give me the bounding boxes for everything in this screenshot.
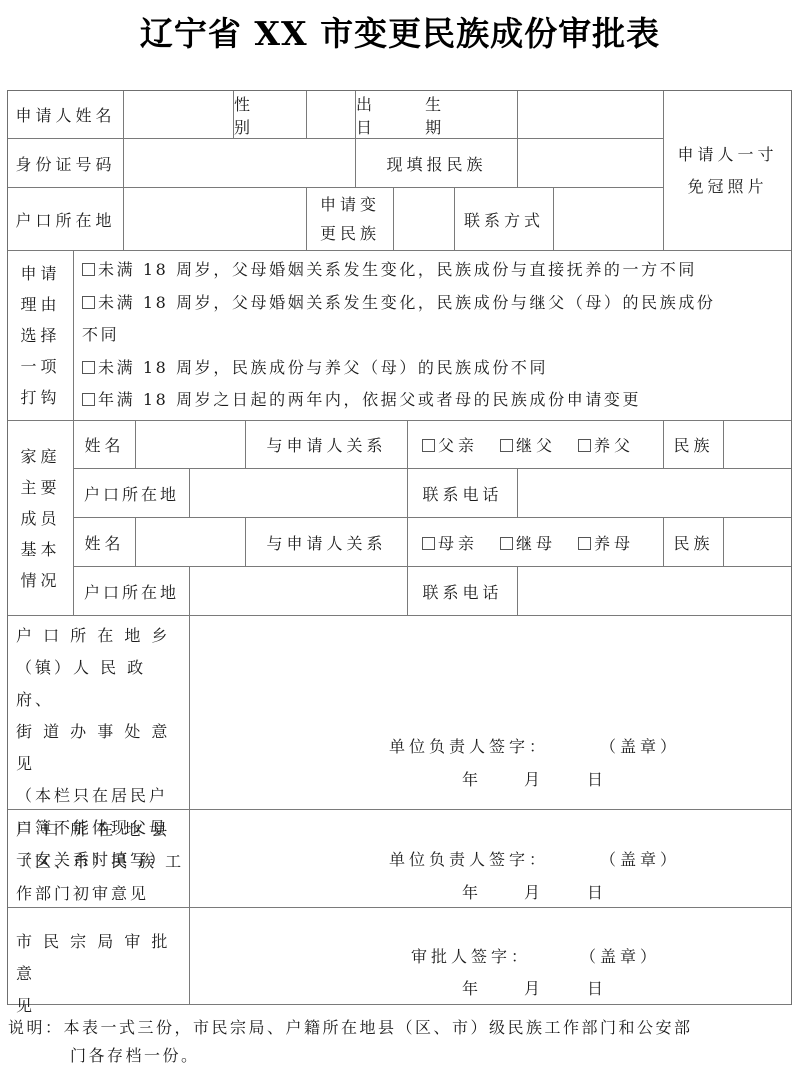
contact-label: 联系方式 — [455, 188, 554, 251]
township-opinion-field[interactable] — [190, 616, 791, 810]
option-label: 养父 — [594, 436, 634, 455]
option-father[interactable]: 父亲 — [422, 433, 478, 456]
option-adoptive-father[interactable]: 养父 — [578, 433, 634, 456]
mother-ethnic-field[interactable] — [724, 518, 791, 567]
reason-option-text: 未满 18 周岁，民族成份与养父（母）的民族成份不同 — [98, 358, 548, 377]
family-label: 家庭 主要 成员 基本 情况 — [8, 421, 74, 616]
family-label-line: 主要 — [20, 472, 60, 503]
father-phone-field[interactable] — [518, 469, 791, 518]
approver-date-month: 月 — [524, 976, 544, 999]
checkbox-icon[interactable] — [500, 537, 513, 550]
township-date-year: 年 — [462, 767, 482, 790]
reason-option-text: 年满 18 周岁之日起的两年内，依据父或者母的民族成份申请变更 — [98, 390, 641, 409]
form-note: 说明：本表一式三份，市民宗局、户籍所在地县（区、市）级民族工作部门和公安部 门各… — [8, 1014, 693, 1070]
id-number-field[interactable] — [124, 139, 356, 188]
reason-label-line: 打钩 — [20, 382, 60, 413]
applicant-name-label: 申请人姓名 — [8, 91, 124, 139]
mother-phone-field[interactable] — [518, 567, 791, 616]
approver-date-year: 年 — [462, 976, 482, 999]
id-number-label: 身份证号码 — [8, 139, 124, 188]
gender-field[interactable] — [307, 91, 356, 139]
gender-label-text: 性 别 — [234, 92, 306, 138]
reason-label-line: 理由 — [20, 289, 60, 320]
father-hukou-field[interactable] — [190, 469, 408, 518]
change-ethnic-label-line2: 更民族 — [320, 219, 380, 248]
reason-label-line: 一项 — [20, 351, 60, 382]
mother-relation-options: 母亲 继母 养母 — [408, 518, 664, 567]
gender-label: 性 别 — [234, 91, 307, 139]
option-label: 养母 — [594, 534, 634, 553]
father-name-label: 姓名 — [74, 421, 136, 469]
father-name-field[interactable] — [136, 421, 246, 469]
reason-option-3[interactable]: 未满 18 周岁，民族成份与养父（母）的民族成份不同 — [82, 352, 548, 385]
family-label-line: 基本 — [20, 534, 60, 565]
father-phone-label: 联系电话 — [408, 469, 518, 518]
father-ethnic-field[interactable] — [724, 421, 791, 469]
label-line: （本栏只在居民户 — [16, 780, 168, 812]
reason-option-text: 未满 18 周岁，父母婚姻关系发生变化，民族成份与直接抚养的一方不同 — [98, 260, 697, 279]
reason-option-1[interactable]: 未满 18 周岁，父母婚姻关系发生变化，民族成份与直接抚养的一方不同 — [82, 254, 697, 287]
option-label: 继父 — [516, 436, 556, 455]
mother-hukou-label: 户口所在地 — [74, 567, 190, 616]
checkbox-icon[interactable] — [500, 439, 513, 452]
mother-name-label: 姓名 — [74, 518, 136, 567]
father-relation-label: 与申请人关系 — [246, 421, 408, 469]
approver-seal-label: （盖章） — [580, 944, 660, 967]
reason-label-line: 选择 — [20, 320, 60, 351]
option-mother[interactable]: 母亲 — [422, 531, 478, 554]
change-ethnic-label: 申请变 更民族 — [307, 188, 394, 251]
county-date-day: 日 — [587, 880, 607, 903]
checkbox-icon[interactable] — [82, 263, 95, 276]
checkbox-icon[interactable] — [82, 296, 95, 309]
photo-label-line1: 申请人一寸 — [677, 139, 777, 171]
township-opinion-label: 户 口 所 在 地 乡 （镇）人 民 政 府、 街 道 办 事 处 意 见 （本… — [8, 616, 190, 810]
township-date-month: 月 — [524, 767, 544, 790]
reason-option-4[interactable]: 年满 18 周岁之日起的两年内，依据父或者母的民族成份申请变更 — [82, 384, 641, 417]
option-label: 继母 — [516, 534, 556, 553]
label-line: 市 民 宗 局 审 批 意 — [16, 926, 189, 990]
note-line-2: 门各存档一份。 — [8, 1042, 693, 1070]
county-seal-label: （盖章） — [600, 847, 680, 870]
mother-name-field[interactable] — [136, 518, 246, 567]
birth-date-label-text: 出 生 日 期 — [356, 92, 517, 138]
label-line: （区、市）民 族 工 — [16, 846, 184, 878]
checkbox-icon[interactable] — [82, 361, 95, 374]
label-line: （镇）人 民 政 府、 — [16, 652, 189, 716]
page-title: 辽宁省 XX 市变更民族成份审批表 — [0, 8, 800, 55]
checkbox-icon[interactable] — [422, 439, 435, 452]
change-ethnic-field[interactable] — [394, 188, 455, 251]
reason-option-2[interactable]: 未满 18 周岁，父母婚姻关系发生变化，民族成份与继父（母）的民族成份 — [82, 287, 716, 320]
label-line: 街 道 办 事 处 意 见 — [16, 716, 189, 780]
label-line: 户 口 所 在 地 乡 — [16, 620, 170, 652]
county-signature-label: 单位负责人签字： — [389, 847, 549, 870]
approver-signature-label: 审批人签字： — [411, 944, 531, 967]
reason-label: 申请 理由 选择 一项 打钩 — [8, 251, 74, 421]
applicant-name-field[interactable] — [124, 91, 234, 139]
note-line-1: 说明：本表一式三份，市民宗局、户籍所在地县（区、市）级民族工作部门和公安部 — [8, 1014, 693, 1042]
option-stepmother[interactable]: 继母 — [500, 531, 556, 554]
city-bureau-opinion-label: 市 民 宗 局 审 批 意 见 — [8, 908, 190, 1005]
father-ethnic-label: 民族 — [664, 421, 724, 469]
current-ethnic-field[interactable] — [518, 139, 664, 188]
county-opinion-label: 户 口 所 在 地 县 （区、市）民 族 工 作部门初审意见 — [8, 810, 190, 908]
option-label: 父亲 — [438, 436, 478, 455]
label-line: 户 口 所 在 地 县 — [16, 814, 170, 846]
contact-field[interactable] — [554, 188, 664, 251]
township-signature-label: 单位负责人签字： — [389, 734, 549, 757]
option-stepfather[interactable]: 继父 — [500, 433, 556, 456]
family-label-line: 情况 — [20, 565, 60, 596]
mother-hukou-field[interactable] — [190, 567, 408, 616]
family-label-line: 家庭 — [20, 441, 60, 472]
township-date-day: 日 — [587, 767, 607, 790]
birth-date-field[interactable] — [518, 91, 664, 139]
hukou-field[interactable] — [124, 188, 307, 251]
checkbox-icon[interactable] — [82, 393, 95, 406]
label-line: 作部门初审意见 — [16, 878, 149, 910]
checkbox-icon[interactable] — [578, 439, 591, 452]
father-hukou-label: 户口所在地 — [74, 469, 190, 518]
option-adoptive-mother[interactable]: 养母 — [578, 531, 634, 554]
reason-option-2-continuation: 不同 — [82, 319, 119, 352]
father-relation-options: 父亲 继父 养父 — [408, 421, 664, 469]
family-label-line: 成员 — [20, 503, 60, 534]
photo-box[interactable]: 申请人一寸 免冠照片 — [664, 91, 791, 251]
current-ethnic-label: 现填报民族 — [356, 139, 518, 188]
township-seal-label: （盖章） — [600, 734, 680, 757]
mother-phone-label: 联系电话 — [408, 567, 518, 616]
hukou-label: 户口所在地 — [8, 188, 124, 251]
mother-relation-label: 与申请人关系 — [246, 518, 408, 567]
county-date-year: 年 — [462, 880, 482, 903]
birth-date-label: 出 生 日 期 — [356, 91, 518, 139]
mother-ethnic-label: 民族 — [664, 518, 724, 567]
approver-date-day: 日 — [587, 976, 607, 999]
county-date-month: 月 — [524, 880, 544, 903]
reason-options: 未满 18 周岁，父母婚姻关系发生变化，民族成份与直接抚养的一方不同 未满 18… — [74, 251, 791, 421]
change-ethnic-label-line1: 申请变 — [320, 190, 380, 219]
reason-option-text: 未满 18 周岁，父母婚姻关系发生变化，民族成份与继父（母）的民族成份 — [98, 293, 716, 312]
checkbox-icon[interactable] — [578, 537, 591, 550]
photo-label-line2: 免冠照片 — [687, 171, 767, 203]
reason-label-line: 申请 — [20, 258, 60, 289]
checkbox-icon[interactable] — [422, 537, 435, 550]
option-label: 母亲 — [438, 534, 478, 553]
